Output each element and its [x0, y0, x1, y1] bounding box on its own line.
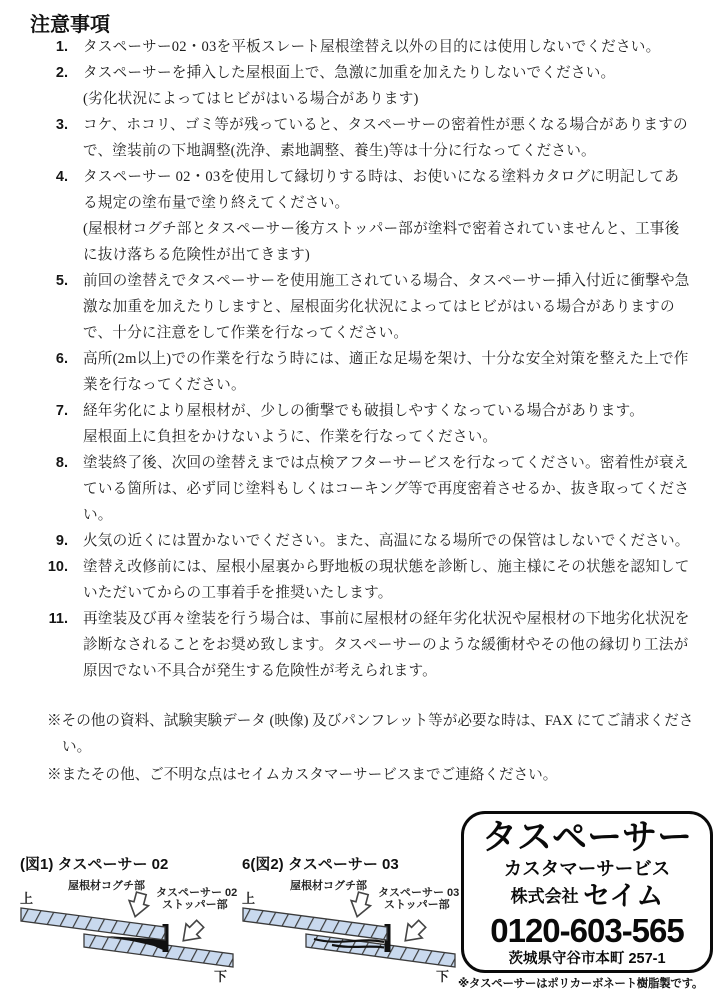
label-stopper-line2: ストッパー部: [162, 897, 228, 911]
customer-service-box: タスペーサー カスタマーサービス 株式会社 セイム 0120-603-565 茨…: [461, 811, 713, 973]
list-item: 11. 再塗装及び再々塗装を行う場合は、事前に屋根材の経年劣化状況や屋根材の下地…: [30, 606, 692, 684]
list-item: 5. 前回の塗替えでタスペーサーを使用施工されている場合、タスペーサー挿入付近に…: [30, 268, 692, 346]
item-text: 前回の塗替えでタスペーサーを使用施工されている場合、タスペーサー挿入付近に衝撃や…: [83, 268, 692, 346]
note-request-fax: ※その他の資料、試験実験データ (映像) 及びパンフレット等が必要な時は、FAX…: [47, 708, 695, 760]
figure2-diagram: 上 屋根材コグチ部 タスペーサー 03 ストッパー部 下: [240, 876, 465, 984]
arrow-down-icon: [125, 891, 151, 919]
label-stopper-line1: タスペーサー 02: [156, 886, 237, 899]
company-title: セイム: [583, 881, 663, 911]
figure-taspacer-03: 6(図2) タスペーサー 03 上 屋根材コグチ部 タスペーサー 03: [240, 853, 465, 984]
item-text: タスペーサーを挿入した屋根面上で、急激に加重を加えたりしないでください。 (劣化…: [83, 60, 692, 112]
item-number: 6.: [30, 346, 68, 372]
figure1-diagram: 上 屋根材コグチ部 タスペーサー 02 ストッパー部 下: [18, 876, 243, 984]
list-item: 3. コケ、ホコリ、ゴミ等が残っていると、タスペーサーの密着性が悪くなる場合があ…: [30, 112, 692, 164]
company-name: 株式会社 セイム: [464, 881, 710, 912]
list-item: 2. タスペーサーを挿入した屋根面上で、急激に加重を加えたりしないでください。 …: [30, 60, 692, 112]
figure-taspacer-02: (図1) タスペーサー 02 上 屋根材コグチ部 タスペーサー 02 ストッパー: [18, 853, 243, 984]
document-page: 注意事項 1. タスペーサー02・03を平板スレート屋根塗替え以外の目的には使用…: [0, 0, 720, 1000]
item-text: タスペーサー 02・03を使用して縁切りする時は、お使いになる塗料カタログに明記…: [83, 164, 692, 268]
item-number: 5.: [30, 268, 68, 294]
note-contact-service: ※またその他、ご不明な点はセイムカスタマーサービスまでご連絡ください。: [47, 762, 695, 788]
item-number: 9.: [30, 528, 68, 554]
label-top: 上: [242, 891, 255, 906]
customer-service-label: カスタマーサービス: [464, 857, 710, 880]
label-stopper-line2: ストッパー部: [384, 897, 450, 911]
arrow-down-left-icon: [176, 917, 207, 948]
page-title: 注意事項: [30, 8, 110, 37]
material-footnote: ※タスペーサーはポリカーボネート樹脂製です。: [458, 975, 720, 991]
item-number: 4.: [30, 164, 68, 190]
item-number: 7.: [30, 398, 68, 424]
item-number: 8.: [30, 450, 68, 476]
figure2-caption: 6(図2) タスペーサー 03: [242, 853, 465, 874]
arrow-down-icon: [347, 891, 373, 919]
item-text: 高所(2m以上)での作業を行なう時には、適正な足場を架け、十分な安全対策を整えた…: [83, 346, 692, 398]
arrow-down-left-icon: [398, 917, 429, 948]
item-text: 塗装終了後、次回の塗替えまでは点検アフターサービスを行なってください。密着性が衰…: [83, 450, 692, 528]
list-item: 7. 経年劣化により屋根材が、少しの衝撃でも破損しやすくなっている場合があります…: [30, 398, 692, 450]
item-text: コケ、ホコリ、ゴミ等が残っていると、タスペーサーの密着性が悪くなる場合があります…: [83, 112, 692, 164]
label-top: 上: [20, 891, 33, 906]
label-koguchi: 屋根材コグチ部: [68, 878, 145, 892]
item-text: 経年劣化により屋根材が、少しの衝撃でも破損しやすくなっている場合があります。 屋…: [83, 398, 692, 450]
item-text: 塗替え改修前には、屋根小屋裏から野地板の現状態を診断し、施主様にその状態を認知し…: [83, 554, 692, 606]
list-item: 10. 塗替え改修前には、屋根小屋裏から野地板の現状態を診断し、施主様にその状態…: [30, 554, 692, 606]
label-bottom: 下: [214, 969, 227, 984]
list-item: 8. 塗装終了後、次回の塗替えまでは点検アフターサービスを行なってください。密着…: [30, 450, 692, 528]
product-name: タスペーサー: [464, 820, 710, 857]
item-number: 1.: [30, 34, 68, 60]
notice-list: 1. タスペーサー02・03を平板スレート屋根塗替え以外の目的には使用しないでく…: [30, 34, 692, 684]
item-text: 火気の近くには置かないでください。また、高温になる場所での保管はしないでください…: [83, 528, 692, 554]
phone-number: 0120-603-565: [464, 912, 710, 950]
address: 茨城県守谷市本町 257-1: [464, 950, 710, 969]
label-stopper-line1: タスペーサー 03: [378, 886, 459, 899]
item-text: 再塗装及び再々塗装を行う場合は、事前に屋根材の経年劣化状況や屋根材の下地劣化状況…: [83, 606, 692, 684]
item-number: 11.: [30, 606, 68, 632]
item-number: 3.: [30, 112, 68, 138]
footnotes-block: ※その他の資料、試験実験データ (映像) 及びパンフレット等が必要な時は、FAX…: [47, 708, 695, 790]
item-number: 2.: [30, 60, 68, 86]
company-prefix: 株式会社: [511, 887, 579, 906]
list-item: 4. タスペーサー 02・03を使用して縁切りする時は、お使いになる塗料カタログ…: [30, 164, 692, 268]
label-koguchi: 屋根材コグチ部: [290, 878, 367, 892]
list-item: 1. タスペーサー02・03を平板スレート屋根塗替え以外の目的には使用しないでく…: [30, 34, 692, 60]
label-bottom: 下: [436, 969, 449, 984]
item-number: 10.: [30, 554, 68, 580]
list-item: 9. 火気の近くには置かないでください。また、高温になる場所での保管はしないでく…: [30, 528, 692, 554]
figure1-caption: (図1) タスペーサー 02: [20, 853, 243, 874]
item-text: タスペーサー02・03を平板スレート屋根塗替え以外の目的には使用しないでください…: [83, 34, 692, 60]
list-item: 6. 高所(2m以上)での作業を行なう時には、適正な足場を架け、十分な安全対策を…: [30, 346, 692, 398]
